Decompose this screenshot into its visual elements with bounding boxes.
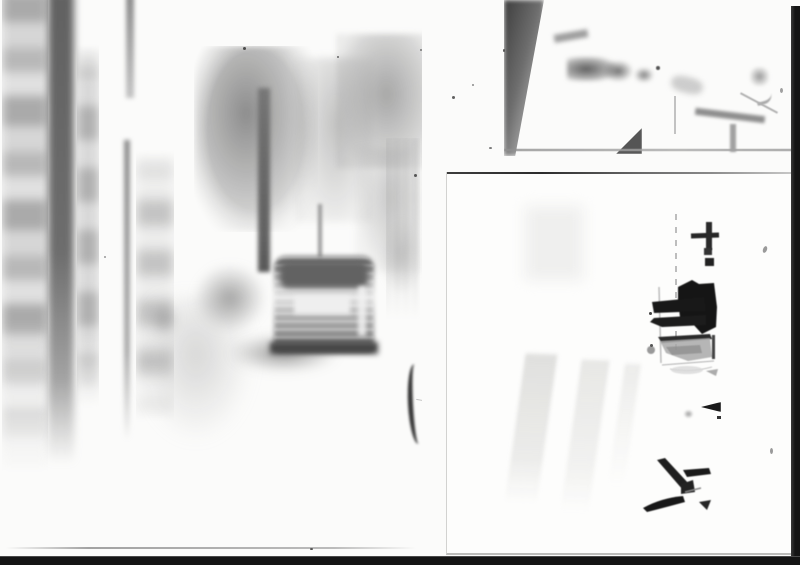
cross-shaped-mast (691, 222, 725, 268)
tree-trunk (258, 88, 270, 272)
van-undercarriage (270, 342, 378, 354)
dust-speck (243, 47, 246, 50)
van-shadow (230, 335, 338, 371)
building-facade-band (77, 44, 99, 408)
thin-pole (318, 204, 322, 264)
dust-speck (770, 448, 773, 454)
street-pole (124, 140, 130, 440)
zebra-stripe (505, 353, 558, 504)
dark-speck (656, 66, 660, 70)
light-haze-patch (525, 206, 583, 280)
van-plate-patch (294, 296, 350, 314)
dust-speck (310, 548, 313, 550)
dust-speck (414, 174, 417, 177)
dust-speck (650, 344, 653, 347)
comma-mark (762, 246, 768, 254)
tree-canopy-right (338, 34, 422, 168)
van-body (274, 256, 374, 352)
van-rear-window (280, 262, 368, 288)
flag-marks (695, 400, 729, 424)
dust-speck (420, 49, 422, 51)
van-motion-streaks (274, 256, 374, 352)
street-blob (150, 303, 178, 335)
dark-speck (717, 416, 721, 419)
gray-patch (670, 73, 705, 96)
photo-upper-right (504, 0, 792, 156)
facade-edge-line (126, 0, 134, 98)
photo-baseline (504, 149, 792, 151)
cross-horizontal-bar (691, 233, 719, 239)
dust-speck (104, 256, 106, 258)
dust-speck (649, 312, 652, 315)
dust-speck (489, 147, 492, 149)
sidewalk-smudge (382, 220, 420, 292)
dark-triangle-shadow (616, 128, 642, 154)
pedestrian-figures-silhouette (642, 277, 720, 377)
dark-left-wedge (504, 0, 544, 156)
parked-car-blob (196, 266, 264, 330)
building-facade-dark-streak (48, 0, 74, 464)
dust-speck (472, 84, 474, 86)
scanner-edge-bar-right (791, 6, 800, 557)
table-silhouette-leg (730, 124, 736, 152)
dust-speck (780, 88, 783, 93)
dust-speck (452, 96, 455, 99)
crescent-scratch-mark (406, 364, 422, 445)
walking-legs-mark (641, 458, 717, 516)
diagonal-line-mark (740, 92, 778, 113)
right-edge-streaks (386, 138, 420, 320)
silhouette-blob (604, 61, 632, 81)
building-facade-band (2, 0, 48, 472)
silhouette-blob (567, 57, 615, 81)
curved-check-mark (755, 89, 774, 106)
tree-canopy-left (194, 46, 318, 232)
zebra-stripe (605, 364, 641, 506)
cross-vertical-bar (706, 222, 712, 250)
scanner-edge-bar-bottom (0, 556, 800, 565)
gray-dot (684, 410, 693, 418)
dust-speck (503, 49, 505, 52)
photo-crosswalk (446, 172, 794, 555)
cross-blob (705, 258, 714, 266)
zebra-stripe (560, 360, 609, 513)
hairline-scratch (416, 399, 422, 406)
van-highlight-gap (358, 286, 366, 336)
photo-bottom-edge-line (6, 547, 416, 549)
black-flag-mark (701, 402, 721, 412)
scanned-page (0, 0, 800, 565)
tree-canopy-lower-right (358, 148, 422, 272)
distant-facade-smudge (136, 150, 174, 422)
soft-gray-wash (140, 298, 252, 440)
parked-van (274, 256, 374, 352)
silhouette-blob (635, 68, 653, 82)
tree-canopy-middle (298, 58, 372, 222)
cross-blob (704, 248, 712, 255)
photo-top-edge-line (446, 172, 794, 174)
gray-dash-mark (554, 29, 589, 43)
dotted-pole-line (675, 214, 677, 350)
dust-speck (337, 56, 339, 58)
table-silhouette-top (695, 108, 765, 123)
photo-street-scene (0, 0, 422, 552)
faint-vertical-line (674, 96, 676, 134)
gray-blob-mark (750, 67, 769, 86)
